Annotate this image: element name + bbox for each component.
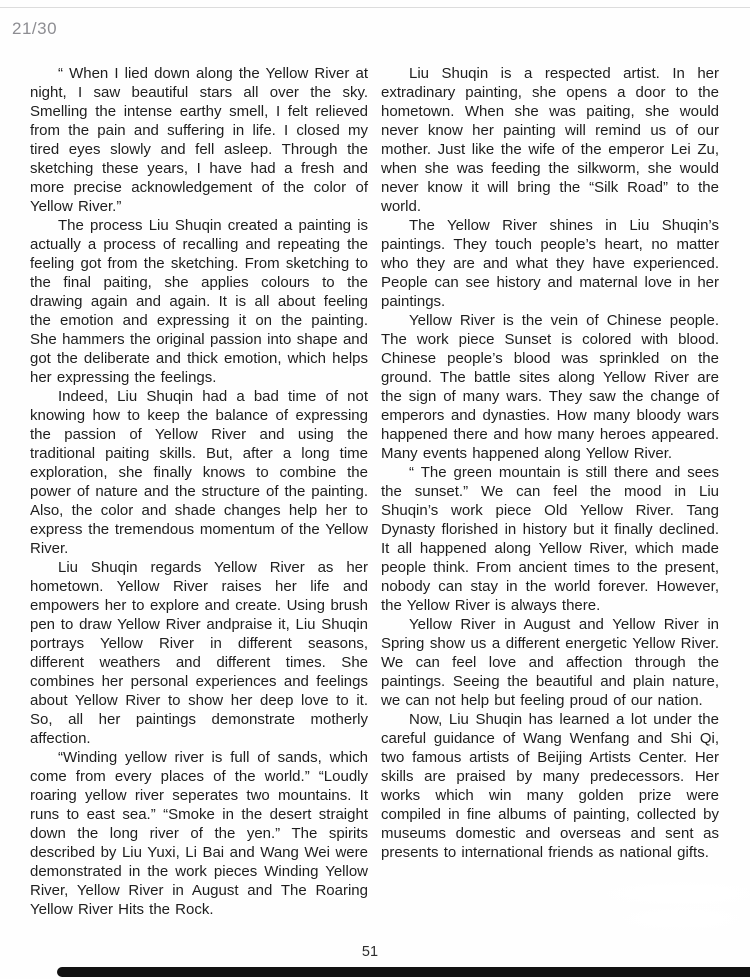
paragraph: Liu Shuqin is a respected artist. In her…: [381, 64, 719, 216]
paragraph: The Yellow River shines in Liu Shuqin’s …: [381, 216, 719, 311]
article-body: “ When I lied down along the Yellow Rive…: [30, 64, 719, 919]
bottom-edge-bar: [57, 967, 750, 977]
paragraph: The process Liu Shuqin created a paintin…: [30, 216, 368, 387]
paragraph: Now, Liu Shuqin has learned a lot under …: [381, 710, 719, 862]
paragraph: “ When I lied down along the Yellow Rive…: [30, 64, 368, 216]
document-page: 21/30 “ When I lied down along the Yello…: [0, 0, 750, 979]
right-column: Liu Shuqin is a respected artist. In her…: [381, 64, 719, 919]
paragraph: “ The green mountain is still there and …: [381, 463, 719, 615]
reading-progress-label: 21/30: [12, 19, 57, 39]
left-column: “ When I lied down along the Yellow Rive…: [30, 64, 368, 919]
paragraph: Yellow River in August and Yellow River …: [381, 615, 719, 710]
paragraph: Liu Shuqin regards Yellow River as her h…: [30, 558, 368, 748]
paragraph: Indeed, Liu Shuqin had a bad time of not…: [30, 387, 368, 558]
paragraph: “Winding yellow river is full of sands, …: [30, 748, 368, 919]
paragraph: Yellow River is the vein of Chinese peop…: [381, 311, 719, 463]
page-number: 51: [0, 944, 740, 960]
top-divider: [0, 7, 750, 8]
